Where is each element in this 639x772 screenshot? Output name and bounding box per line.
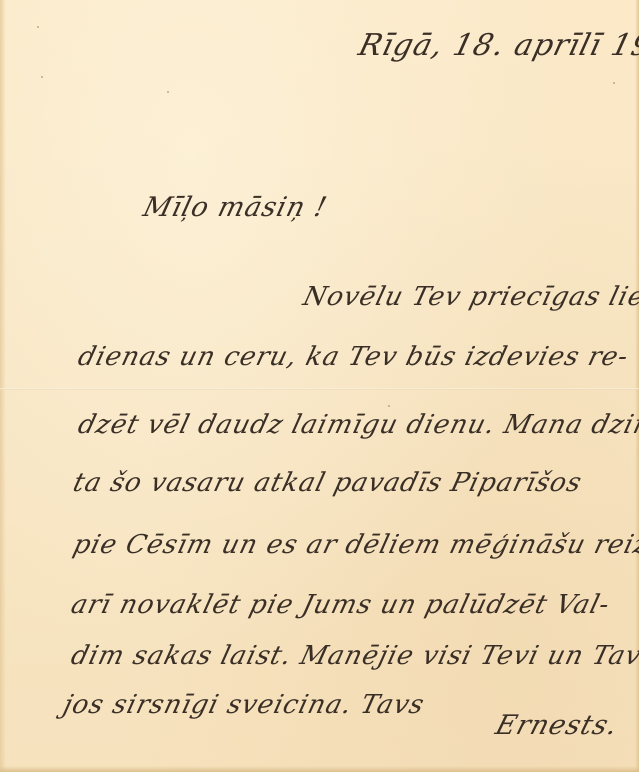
body-line: pie Cēsīm un es ar dēliem mēģināšu reiz <box>70 530 639 560</box>
body-line: Novēlu Tev priecīgas liel- <box>300 282 639 312</box>
body-line: dzēt vēl daudz laimīgu dienu. Mana dzim- <box>75 410 639 440</box>
paper-speck <box>41 76 43 78</box>
paper-fold-line <box>0 388 639 390</box>
paper-speck <box>167 91 169 93</box>
salutation: Mīļo māsiņ ! <box>140 192 331 223</box>
paper-edge-left <box>0 0 6 772</box>
paper-speck <box>613 82 615 84</box>
place-and-date: Rīgā, 18. aprīlī 1924. <box>355 28 639 63</box>
letter-page: Rīgā, 18. aprīlī 1924. Mīļo māsiņ ! Novē… <box>0 0 639 772</box>
body-line: jos sirsnīgi sveicina. Tavs <box>60 690 428 720</box>
signature: Ernests. <box>492 710 622 741</box>
body-line: dienas un ceru, ka Tev būs izdevies re- <box>75 342 632 372</box>
body-line: ta šo vasaru atkal pavadīs Piparīšos <box>70 468 585 498</box>
paper-edge-bottom <box>0 766 639 772</box>
paper-speck <box>37 26 39 28</box>
paper-speck <box>388 405 390 407</box>
body-line: dim sakas laist. Manējie visi Tevi un Ta… <box>68 641 639 671</box>
body-line: arī novaklēt pie Jums un palūdzēt Val- <box>68 590 613 620</box>
